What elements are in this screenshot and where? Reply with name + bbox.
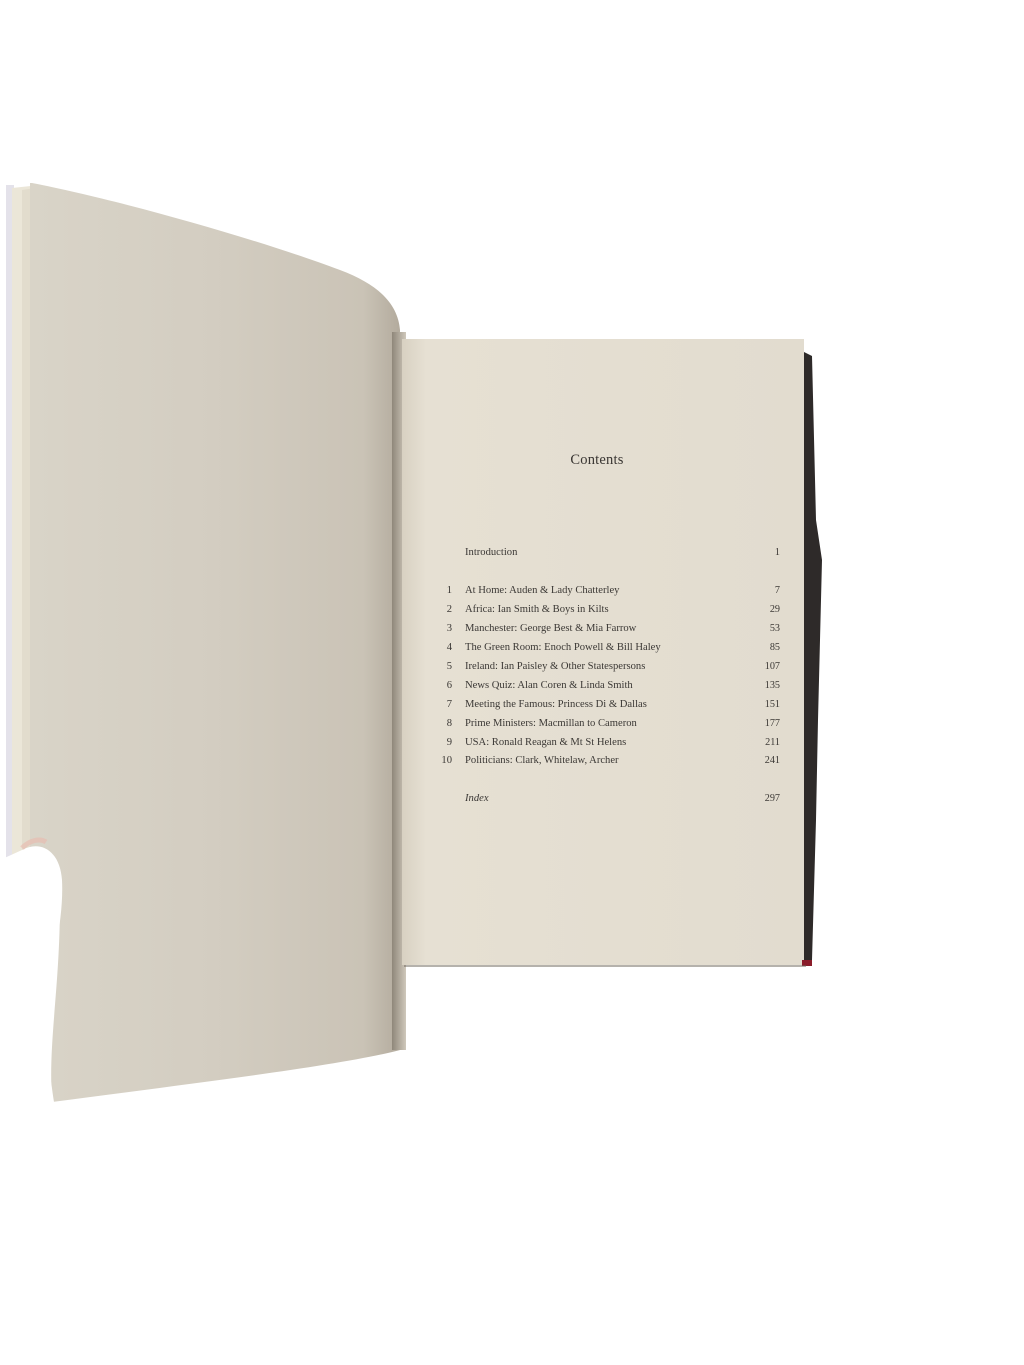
toc-title: Ireland: Ian Paisley & Other Statesperso… [465,661,645,672]
toc-page-number: 151 [765,699,780,710]
chapter-number: 7 [447,699,452,710]
toc-entry: 4 The Green Room: Enoch Powell & Bill Ha… [444,642,744,660]
toc-title: Africa: Ian Smith & Boys in Kilts [465,604,609,615]
toc-page-number: 7 [775,585,780,596]
toc-page-number: 135 [765,680,780,691]
toc-title: News Quiz: Alan Coren & Linda Smith [465,680,633,691]
cover-spine-edge [804,352,822,966]
chapter-number: 10 [441,755,452,766]
toc-title: Introduction [465,547,517,558]
chapter-number: 9 [447,737,452,748]
toc-page-number: 85 [770,642,780,653]
toc-title: Manchester: George Best & Mia Farrow [465,623,636,634]
toc-entry: 9 USA: Ronald Reagan & Mt St Helens 211 [444,737,744,755]
toc-title: Prime Ministers: Macmillan to Cameron [465,718,637,729]
toc-page-number: 107 [765,661,780,672]
toc-entry: 1 At Home: Auden & Lady Chatterley 7 [444,585,744,603]
chapter-number: 1 [447,585,452,596]
chapter-number: 3 [447,623,452,634]
chapter-number: 4 [447,642,452,653]
left-page [30,183,400,1102]
toc-entry: 5 Ireland: Ian Paisley & Other Statesper… [444,661,744,679]
toc-page-number: 29 [770,604,780,615]
toc-page-number: 1 [775,547,780,558]
contents-page: Contents Introduction 1 1 At Home: Auden… [402,339,802,965]
toc-page-number: 297 [765,793,780,804]
toc-entry: 7 Meeting the Famous: Princess Di & Dall… [444,699,744,717]
chapter-number: 5 [447,661,452,672]
toc-entry: 3 Manchester: George Best & Mia Farrow 5… [444,623,744,641]
toc-page-number: 211 [765,737,780,748]
toc-title: Index [465,793,489,804]
toc-entry: 6 News Quiz: Alan Coren & Linda Smith 13… [444,680,744,698]
toc-entry: 2 Africa: Ian Smith & Boys in Kilts 29 [444,604,744,622]
toc-title: Politicians: Clark, Whitelaw, Archer [465,755,619,766]
toc-entry-introduction: Introduction 1 [444,547,744,565]
chapter-number: 2 [447,604,452,615]
toc-entry: 10 Politicians: Clark, Whitelaw, Archer … [444,755,744,773]
toc-page-number: 241 [765,755,780,766]
toc-entry: 8 Prime Ministers: Macmillan to Cameron … [444,718,744,736]
toc-title: Meeting the Famous: Princess Di & Dallas [465,699,647,710]
book-photo: Contents Introduction 1 1 At Home: Auden… [0,0,1024,1365]
contents-heading: Contents [402,452,792,469]
chapter-number: 8 [447,718,452,729]
toc-title: USA: Ronald Reagan & Mt St Helens [465,737,626,748]
chapter-number: 6 [447,680,452,691]
toc-entry-index: Index 297 [444,793,744,811]
toc-title: The Green Room: Enoch Powell & Bill Hale… [465,642,661,653]
toc-title: At Home: Auden & Lady Chatterley [465,585,619,596]
toc-page-number: 53 [770,623,780,634]
toc-page-number: 177 [765,718,780,729]
